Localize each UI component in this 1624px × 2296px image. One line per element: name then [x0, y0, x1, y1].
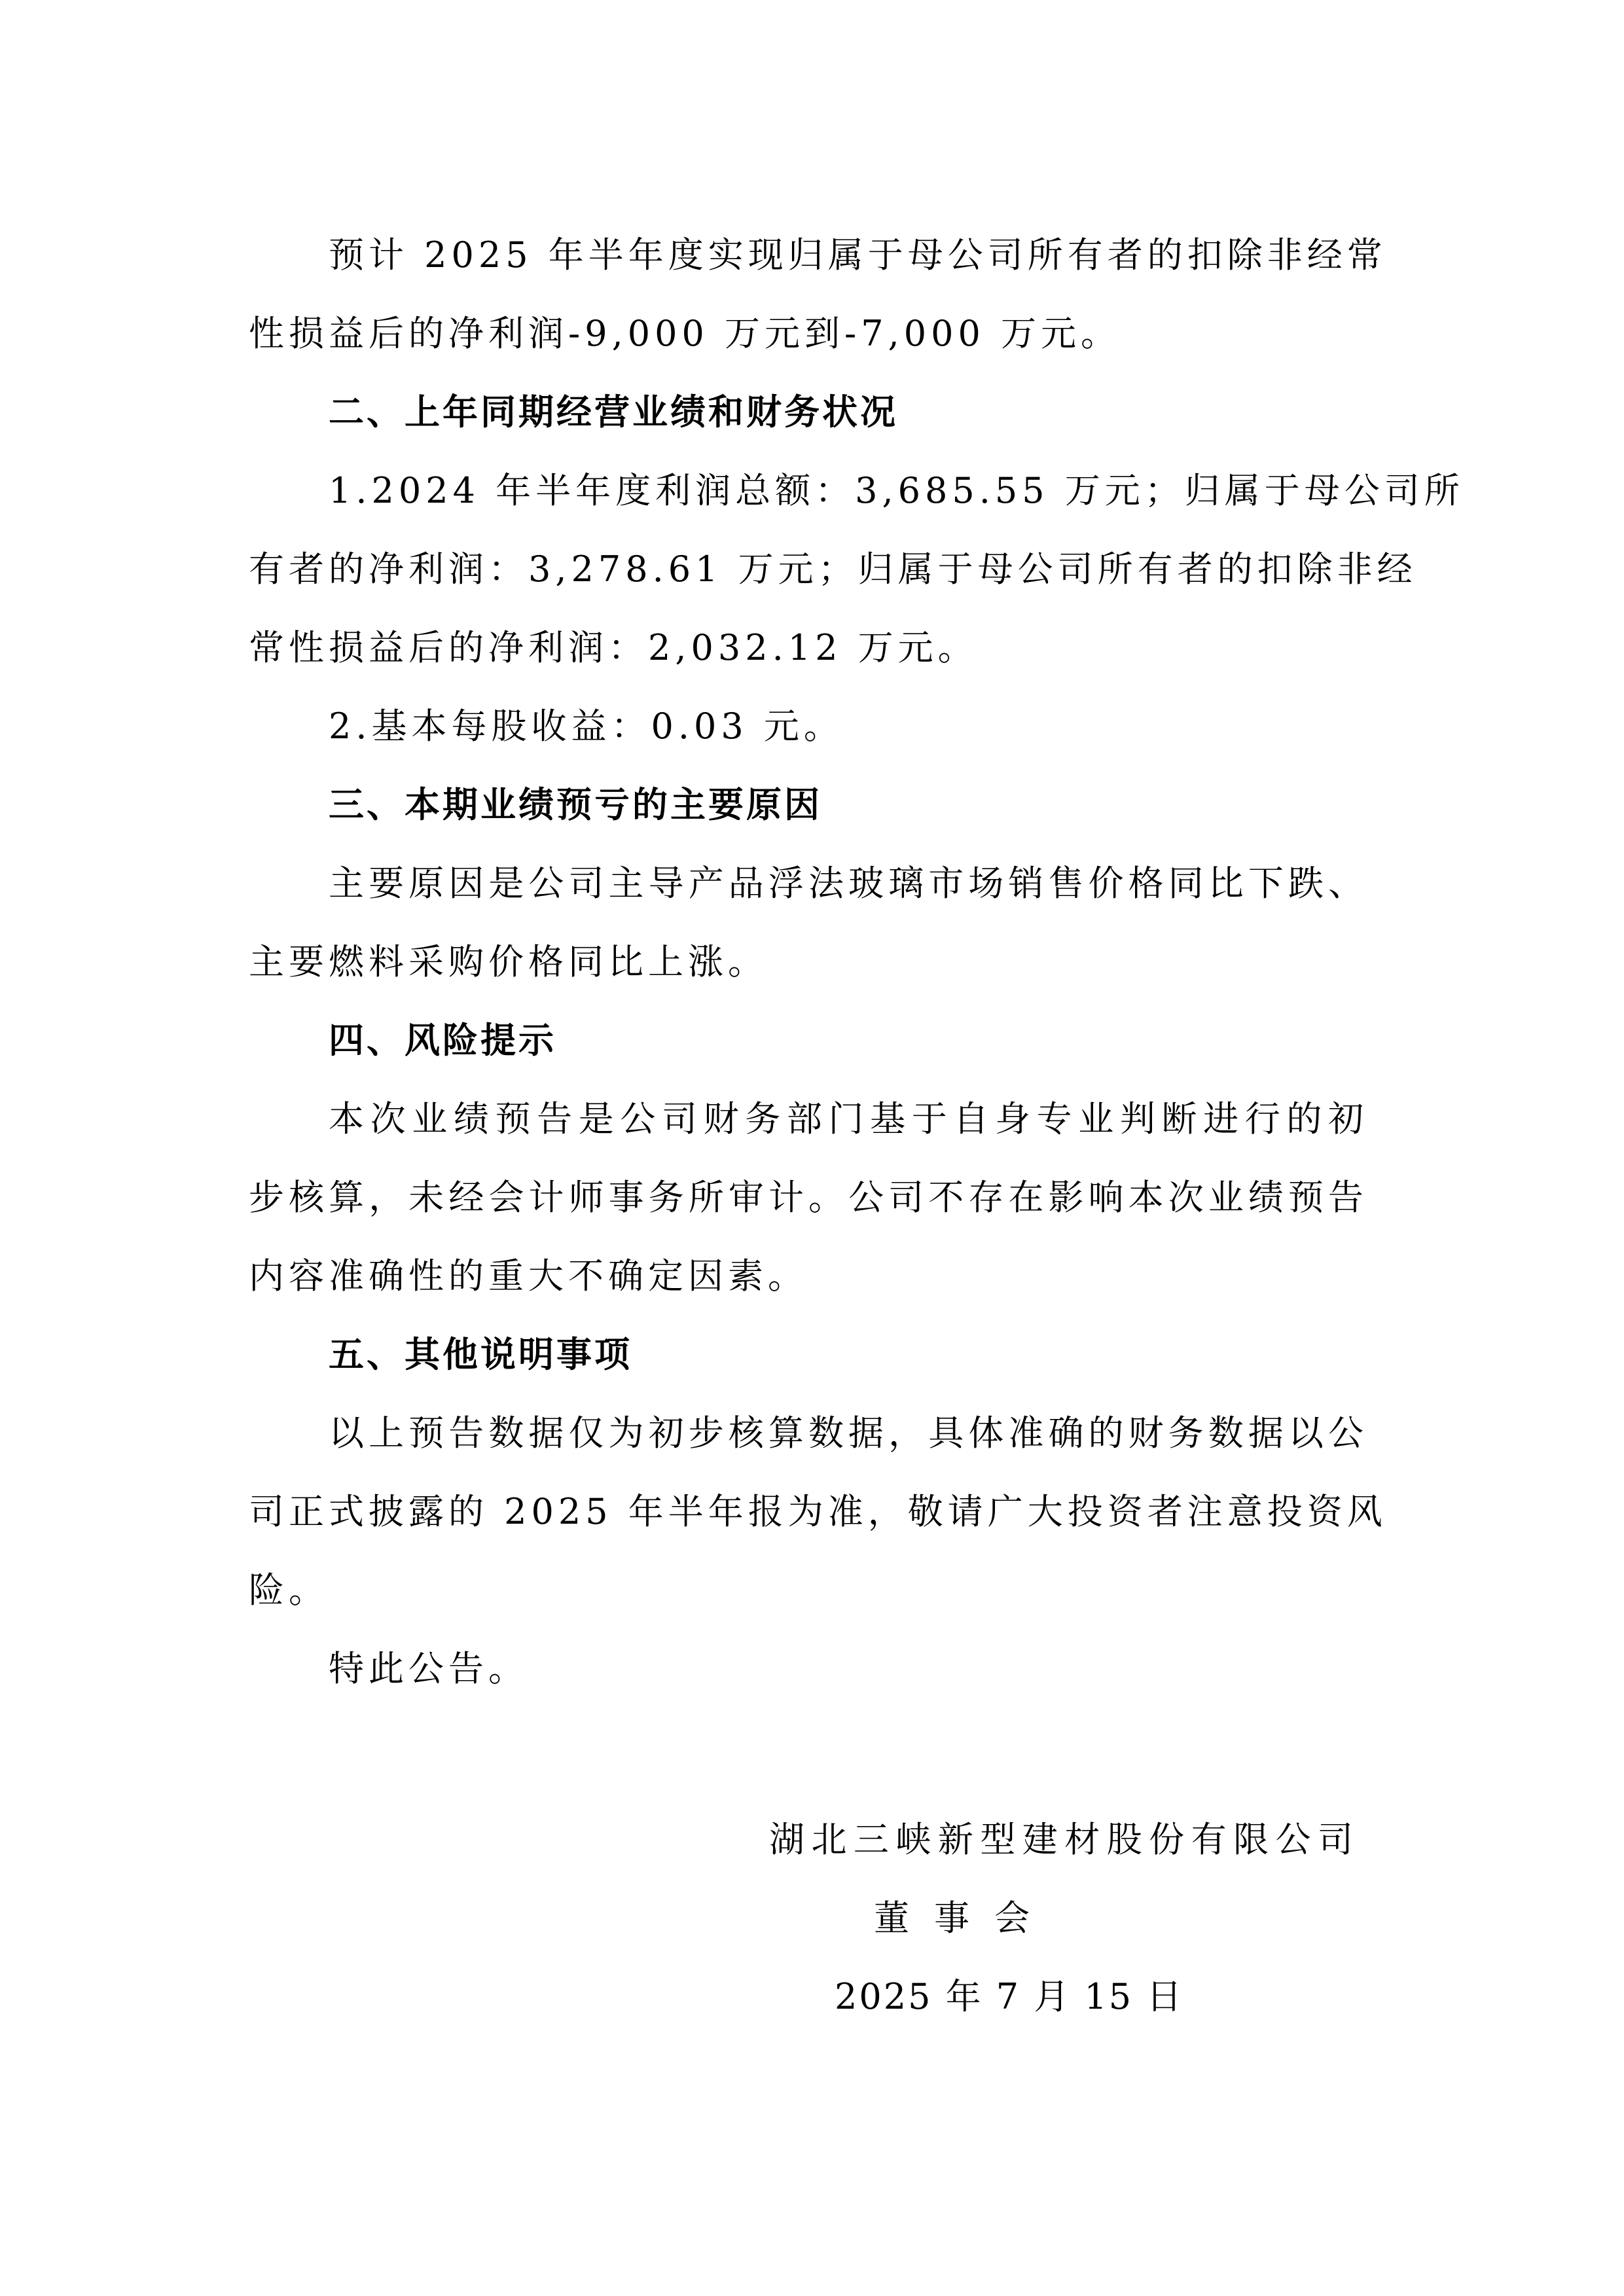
paragraph-prior-year-line-1: 1.2024 年半年度利润总额：3,685.55 万元；归属于母公司所 — [329, 468, 1368, 514]
signature-board: 董事会 — [874, 1895, 1182, 1941]
paragraph-other-line-1: 以上预告数据仅为初步核算数据，具体准确的财务数据以公 — [329, 1410, 1368, 1456]
paragraph-other-line-2: 司正式披露的 2025 年半年报为准，敬请广大投资者注意投资风 — [249, 1489, 1368, 1535]
paragraph-reason-line-2: 主要燃料采购价格同比上涨。 — [249, 939, 1368, 985]
paragraph-closing: 特此公告。 — [329, 1646, 1368, 1692]
signature-date: 2025 年 7 月 15 日 — [835, 1974, 1227, 2020]
signature-company: 湖北三峡新型建材股份有限公司 — [769, 1817, 1353, 1863]
section-heading-3: 三、本期业绩预亏的主要原因 — [329, 782, 1368, 828]
paragraph-other-line-3: 险。 — [249, 1568, 1368, 1613]
section-heading-4: 四、风险提示 — [329, 1018, 1368, 1064]
paragraph-risk-line-2: 步核算，未经会计师事务所审计。公司不存在影响本次业绩预告 — [249, 1175, 1368, 1221]
paragraph-forecast-line-2: 性损益后的净利润-9,000 万元到-7,000 万元。 — [249, 311, 1368, 357]
section-heading-5: 五、其他说明事项 — [329, 1332, 1368, 1378]
paragraph-eps: 2.基本每股收益：0.03 元。 — [329, 704, 1368, 749]
document-page: 预计 2025 年半年度实现归属于母公司所有者的扣除非经常 性损益后的净利润-9… — [0, 0, 1624, 2296]
paragraph-reason-line-1: 主要原因是公司主导产品浮法玻璃市场销售价格同比下跌、 — [329, 861, 1368, 906]
paragraph-prior-year-line-3: 常性损益后的净利润：2,032.12 万元。 — [249, 625, 1368, 671]
paragraph-risk-line-1: 本次业绩预告是公司财务部门基于自身专业判断进行的初 — [329, 1096, 1368, 1142]
paragraph-forecast-line-1: 预计 2025 年半年度实现归属于母公司所有者的扣除非经常 — [329, 232, 1368, 278]
paragraph-risk-line-3: 内容准确性的重大不确定因素。 — [249, 1253, 1368, 1299]
section-heading-2: 二、上年同期经营业绩和财务状况 — [329, 389, 1368, 435]
paragraph-prior-year-line-2: 有者的净利润：3,278.61 万元；归属于母公司所有者的扣除非经 — [249, 547, 1368, 592]
